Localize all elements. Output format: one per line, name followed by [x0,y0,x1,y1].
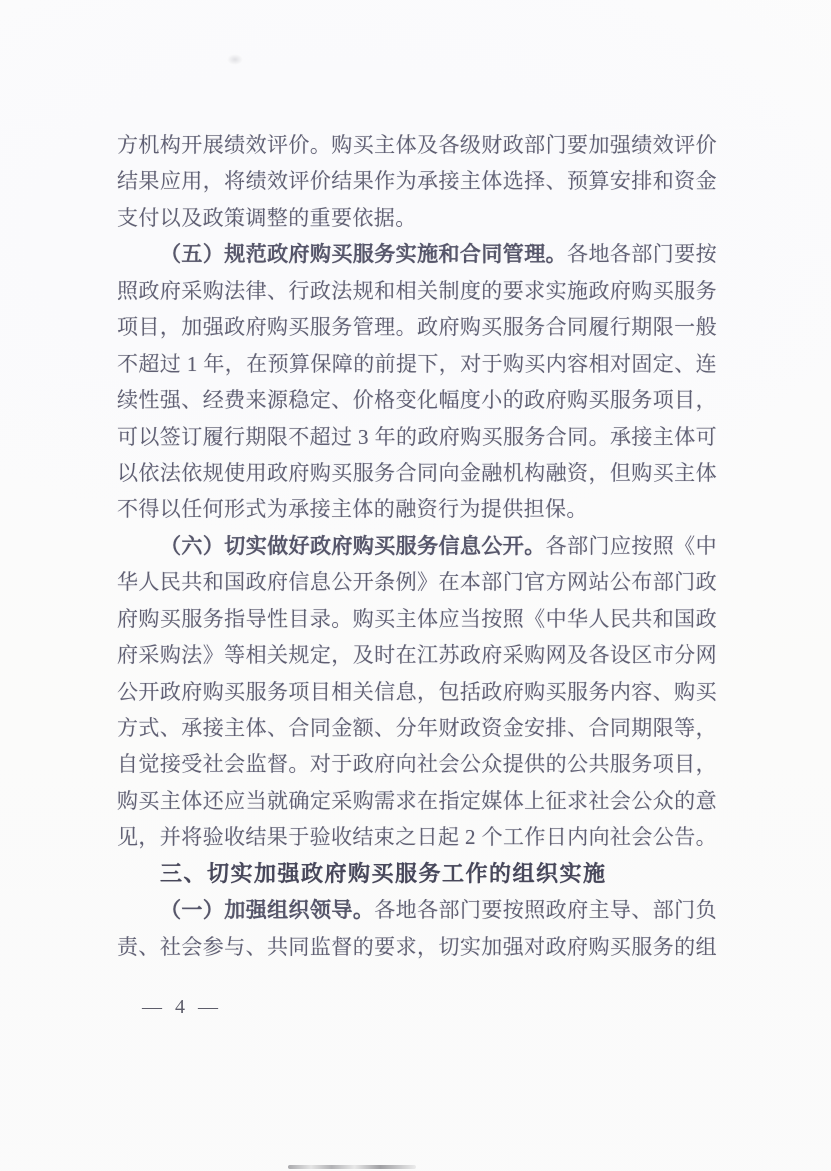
text-line: 购买主体还应当就确定采购需求在指定媒体上征求社会公众的意 [117,783,717,819]
text-segment: 照政府采购法律、行政法规和相关制度的要求实施政府购买服务 [117,279,717,303]
text-line: 不超过 1 年，在预算保障的前提下，对于购买内容相对固定、连 [117,346,717,382]
text-line: 以依法依规使用政府购买服务合同向金融机构融资，但购买主体 [117,455,717,491]
text-segment: 三、切实加强政府购买服务工作的组织实施 [160,861,607,886]
text-segment: 府采购法》等相关规定，及时在江苏政府采购网及各设区市分网 [117,643,717,667]
clause-title-segment: （一）加强组织领导。 [160,898,374,922]
text-line: 方式、承接主体、合同金额、分年财政资金安排、合同期限等， [117,710,717,746]
document-body: 方机构开展绩效评价。购买主体及各级财政部门要加强绩效评价结果应用，将绩效评价结果… [117,127,717,965]
text-segment: 续性强、经费来源稳定、价格变化幅度小的政府购买服务项目， [117,388,717,412]
text-line: 项目，加强政府购买服务管理。政府购买服务合同履行期限一般 [117,309,717,345]
text-line: （一）加强组织领导。各地各部门要按照政府主导、部门负 [117,892,717,928]
section-heading: 三、切实加强政府购买服务工作的组织实施 [117,856,717,892]
text-segment: 项目，加强政府购买服务管理。政府购买服务合同履行期限一般 [117,315,717,339]
text-segment: 结果应用，将绩效评价结果作为承接主体选择、预算安排和资金 [117,169,717,193]
text-segment: 购买主体还应当就确定采购需求在指定媒体上征求社会公众的意 [117,789,717,813]
text-segment: 各地各部门要按照政府主导、部门负 [374,898,717,922]
text-segment: 方式、承接主体、合同金额、分年财政资金安排、合同期限等， [117,716,717,740]
text-segment: 华人民共和国政府信息公开条例》在本部门官方网站公布部门政 [117,570,717,594]
text-segment: 见，并将验收结果于验收结束之日起 2 个工作日内向社会公告。 [117,825,717,849]
text-line: （五）规范政府购买服务实施和合同管理。各地各部门要按 [117,236,717,272]
text-line: 自觉接受社会监督。对于政府向社会公众提供的公共服务项目， [117,746,717,782]
text-segment: 不得以任何形式为承接主体的融资行为提供担保。 [117,497,588,521]
text-segment: 府购买服务指导性目录。购买主体应当按照《中华人民共和国政 [117,607,717,631]
text-segment: 各地各部门要按 [567,242,717,266]
text-segment: 公开政府购买服务项目相关信息，包括政府购买服务内容、购买 [117,680,717,704]
text-segment: 自觉接受社会监督。对于政府向社会公众提供的公共服务项目， [117,752,717,776]
clause-title-segment: （五）规范政府购买服务实施和合同管理。 [160,242,567,266]
text-segment: 不超过 1 年，在预算保障的前提下，对于购买内容相对固定、连 [117,352,717,376]
text-line: 见，并将验收结果于验收结束之日起 2 个工作日内向社会公告。 [117,819,717,855]
text-segment: 方机构开展绩效评价。购买主体及各级财政部门要加强绩效评价 [117,133,717,157]
text-line: 可以签订履行期限不超过 3 年的政府购买服务合同。承接主体可 [117,419,717,455]
text-line: 府采购法》等相关规定，及时在江苏政府采购网及各设区市分网 [117,637,717,673]
text-segment: 责、社会参与、共同监督的要求，切实加强对政府购买服务的组 [117,935,717,959]
scan-artifact-bottom [288,1165,416,1169]
text-segment: 可以签订履行期限不超过 3 年的政府购买服务合同。承接主体可 [117,425,717,449]
scan-smudge-top [227,54,243,65]
page-number: — 4 — [142,996,222,1019]
clause-title-segment: （六）切实做好政府购买服务信息公开。 [160,534,546,558]
text-line: 公开政府购买服务项目相关信息，包括政府购买服务内容、购买 [117,674,717,710]
text-segment: 以依法依规使用政府购买服务合同向金融机构融资，但购买主体 [117,461,717,485]
text-line: 续性强、经费来源稳定、价格变化幅度小的政府购买服务项目， [117,382,717,418]
text-line: 方机构开展绩效评价。购买主体及各级财政部门要加强绩效评价 [117,127,717,163]
text-segment: 各部门应按照《中 [546,534,717,558]
text-line: 照政府采购法律、行政法规和相关制度的要求实施政府购买服务 [117,273,717,309]
text-line: 府购买服务指导性目录。购买主体应当按照《中华人民共和国政 [117,601,717,637]
text-line: 支付以及政策调整的重要依据。 [117,200,717,236]
text-line: 责、社会参与、共同监督的要求，切实加强对政府购买服务的组 [117,929,717,965]
text-line: 华人民共和国政府信息公开条例》在本部门官方网站公布部门政 [117,564,717,600]
text-segment: 支付以及政策调整的重要依据。 [117,206,417,230]
text-line: 结果应用，将绩效评价结果作为承接主体选择、预算安排和资金 [117,163,717,199]
document-page: 方机构开展绩效评价。购买主体及各级财政部门要加强绩效评价结果应用，将绩效评价结果… [0,0,831,1171]
text-line: （六）切实做好政府购买服务信息公开。各部门应按照《中 [117,528,717,564]
text-line: 不得以任何形式为承接主体的融资行为提供担保。 [117,491,717,527]
